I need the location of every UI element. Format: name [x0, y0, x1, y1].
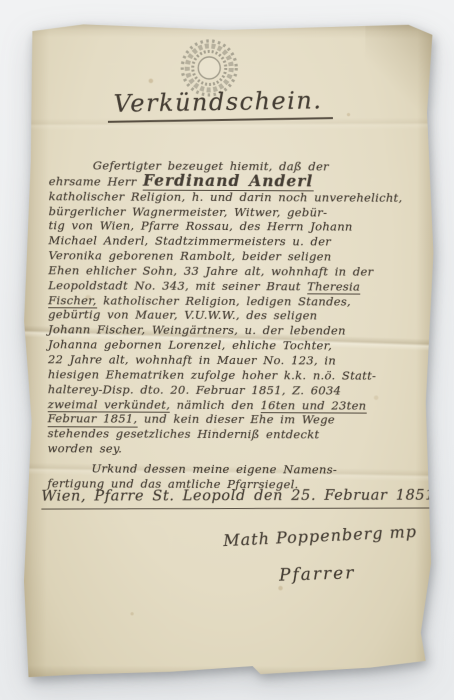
text-segment: tig von Wien, Pfarre Rossau, des Herrn J… [49, 219, 353, 234]
top-right-corner-fold [365, 23, 435, 118]
paper-bottom-shading [21, 665, 433, 681]
paper-wrapper: Verkündschein. Gefertigter bezeuget hiem… [21, 21, 436, 681]
photo-background: Verkündschein. Gefertigter bezeuget hiem… [0, 0, 454, 700]
text-segment: katholischer Religion, h. und darin noch… [49, 189, 403, 205]
underlined-phrase: Februar 1851, [48, 412, 138, 428]
underlined-phrase: zweimal verkündet, [48, 397, 170, 413]
handwritten-line: Johanna gebornen Lorenzel, ehliche Tocht… [48, 337, 428, 354]
text-segment: Urkund dessen meine eigene Namens- [91, 461, 337, 476]
handwritten-line: Urkund dessen meine eigene Namens- [47, 461, 427, 478]
text-segment: worden sey. [48, 441, 123, 455]
handwritten-line: stehendes gesetzliches Hinderniß entdeck… [48, 426, 428, 443]
text-segment: Johanna gebornen Lorenzel, ehliche Tocht… [48, 337, 332, 352]
text-segment: katholischer Religion, ledigen Standes, [97, 293, 351, 308]
handwritten-line: Michael Anderl, Stadtzimmermeisters u. d… [48, 233, 428, 250]
handwritten-line: Johann Fischer, Weingärtners, u. der leb… [48, 322, 428, 339]
handwritten-line: ehrsame Herr Ferdinand Anderl [49, 173, 429, 191]
handwritten-line: Fischer, katholischer Religion, ledigen … [48, 293, 428, 310]
handwritten-line: katholischer Religion, h. und darin noch… [49, 189, 429, 206]
handwritten-line: Ehen ehlicher Sohn, 33 Jahre alt, wohnha… [48, 263, 428, 280]
text-segment: hiesigen Ehematriken zufolge hoher k.k. … [48, 367, 376, 382]
dateline: Wien, Pfarre St. Leopold den 25. Februar… [41, 488, 429, 510]
signature-role: Pfarrer [278, 563, 355, 585]
handwritten-line: 22 Jahre alt, wohnhaft in Mauer No. 123,… [48, 352, 428, 369]
handwritten-line: bürgerlicher Wagnermeister, Witwer, gebü… [49, 204, 429, 221]
text-segment: und kein dieser Ehe im Wege [137, 412, 335, 427]
handwritten-line: Veronika geborenen Rambolt, beider selig… [48, 248, 428, 265]
text-segment: Ehen ehlicher Sohn, 33 Jahre alt, wohnha… [48, 263, 373, 278]
underlined-phrase: Theresia [307, 279, 360, 295]
text-segment: 22 Jahre alt, wohnhaft in Mauer No. 123,… [48, 352, 336, 367]
handwritten-line: gebürtig von Mauer, V.U.W.W., des selige… [48, 308, 428, 325]
text-segment: halterey-Disp. dto. 20. Februar 1851, Z.… [48, 382, 341, 397]
document-paper: Verkündschein. Gefertigter bezeuget hiem… [21, 21, 436, 681]
handwritten-line: Leopoldstadt No. 343, mit seiner Braut T… [48, 278, 428, 295]
document-title: Verkündschein. [107, 86, 332, 123]
handwritten-line: hiesigen Ehematriken zufolge hoher k.k. … [48, 367, 428, 384]
underlined-phrase: Fischer, [48, 293, 97, 309]
text-segment: gebürtig von Mauer, V.U.W.W., des selige… [48, 308, 317, 323]
text-segment: Leopoldstadt No. 343, mit seiner Braut [48, 278, 307, 293]
text-segment: nämlich den [170, 397, 260, 411]
handwritten-line: tig von Wien, Pfarre Rossau, des Herrn J… [49, 219, 429, 236]
text-segment: Johann Fischer, Weingärtners, u. der leb… [48, 322, 346, 337]
handwritten-line: Februar 1851, und kein dieser Ehe im Weg… [48, 412, 428, 429]
handwritten-line: worden sey. [48, 441, 428, 458]
text-segment: stehendes gesetzliches Hinderniß entdeck… [48, 426, 320, 441]
text-segment: bürgerlicher Wagnermeister, Witwer, gebü… [49, 204, 328, 219]
text-segment: Veronika geborenen Rambolt, beider selig… [48, 248, 331, 263]
text-segment: ehrsame Herr [49, 174, 143, 188]
handwritten-line: zweimal verkündet, nämlich den 16ten und… [48, 397, 428, 414]
handwritten-line: halterey-Disp. dto. 20. Februar 1851, Z.… [48, 382, 428, 399]
signature-name: Math Poppenberg mp [223, 522, 418, 550]
text-segment: Michael Anderl, Stadtzimmermeisters u. d… [48, 233, 331, 248]
document-body: Gefertigter bezeuget hiemit, daß derehrs… [48, 158, 429, 458]
underlined-phrase: 16ten und 23ten [260, 398, 366, 414]
